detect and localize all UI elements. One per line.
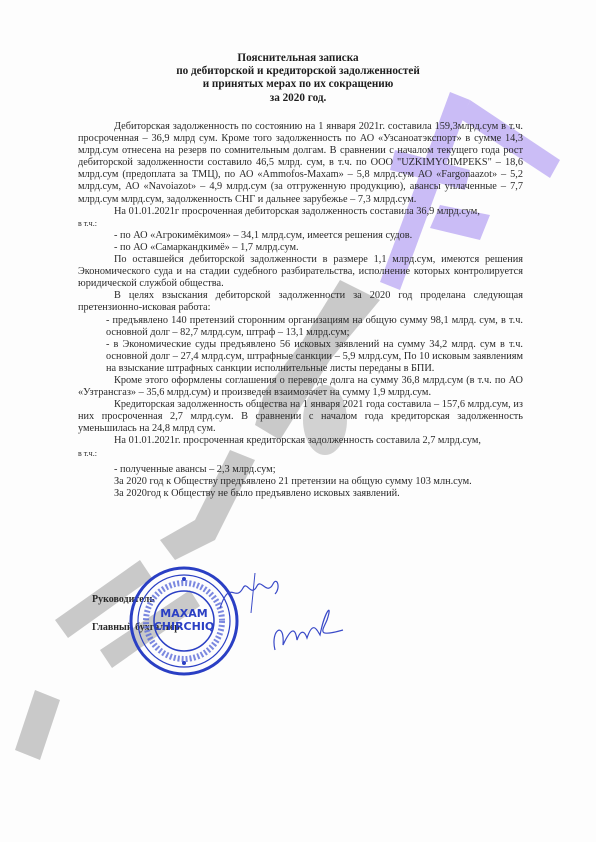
paragraph-receivables: Дебиторская задолженность по состоянию н…	[78, 121, 523, 206]
paragraph-lawsuits-against: За 2020год к Обществу не было предъявлен…	[78, 488, 523, 500]
paragraph-debt-transfer: Кроме этого оформлены соглашения о перев…	[78, 375, 523, 399]
list-item-text: - предъявлено 140 претензий сторонним ор…	[106, 315, 523, 338]
document-title: Пояснительная записка по дебиторской и к…	[0, 52, 596, 105]
document-page: Пояснительная записка по дебиторской и к…	[0, 0, 596, 842]
paragraph-payables: Кредиторская задолженность общества на 1…	[78, 399, 523, 435]
paragraph-overdue-payables: На 01.01.2021г. просроченная кредиторска…	[78, 435, 523, 447]
title-line: Пояснительная записка	[0, 52, 596, 65]
accountant-signature-icon	[265, 600, 345, 660]
list-item: - в Экономические суды предъявлено 56 ис…	[78, 339, 523, 375]
title-line: по дебиторской и кредиторской задолженно…	[0, 65, 596, 78]
title-line: за 2020 год.	[0, 92, 596, 105]
list-item: - полученные авансы – 2,3 млрд.сум;	[78, 464, 523, 476]
title-line: и принятых мерах по их сокращению	[0, 78, 596, 91]
stamp-text: CHIRCHIQ	[128, 620, 240, 633]
paragraph-including: в т.ч.:	[78, 448, 523, 460]
document-body: Дебиторская задолженность по состоянию н…	[78, 121, 523, 500]
list-item: - по АО «Агрокимёкимоя» – 34,1 млрд.сум,…	[78, 230, 523, 242]
paragraph-claims-against: За 2020 год к Обществу предъявлено 21 пр…	[78, 476, 523, 488]
paragraph-claims-work: В целях взыскания дебиторской задолженно…	[78, 290, 523, 314]
paragraph-remaining-receivables: По оставшейся дебиторской задолженности …	[78, 254, 523, 290]
list-item: - по АО «Самаркандкимё» – 1,7 млрд.сум.	[78, 242, 523, 254]
paragraph-overdue-receivables: На 01.01.2021г просроченная дебиторская …	[78, 206, 523, 218]
list-item: - предъявлено 140 претензий сторонним ор…	[78, 315, 523, 339]
paragraph-including: в т.ч.:	[78, 218, 523, 230]
